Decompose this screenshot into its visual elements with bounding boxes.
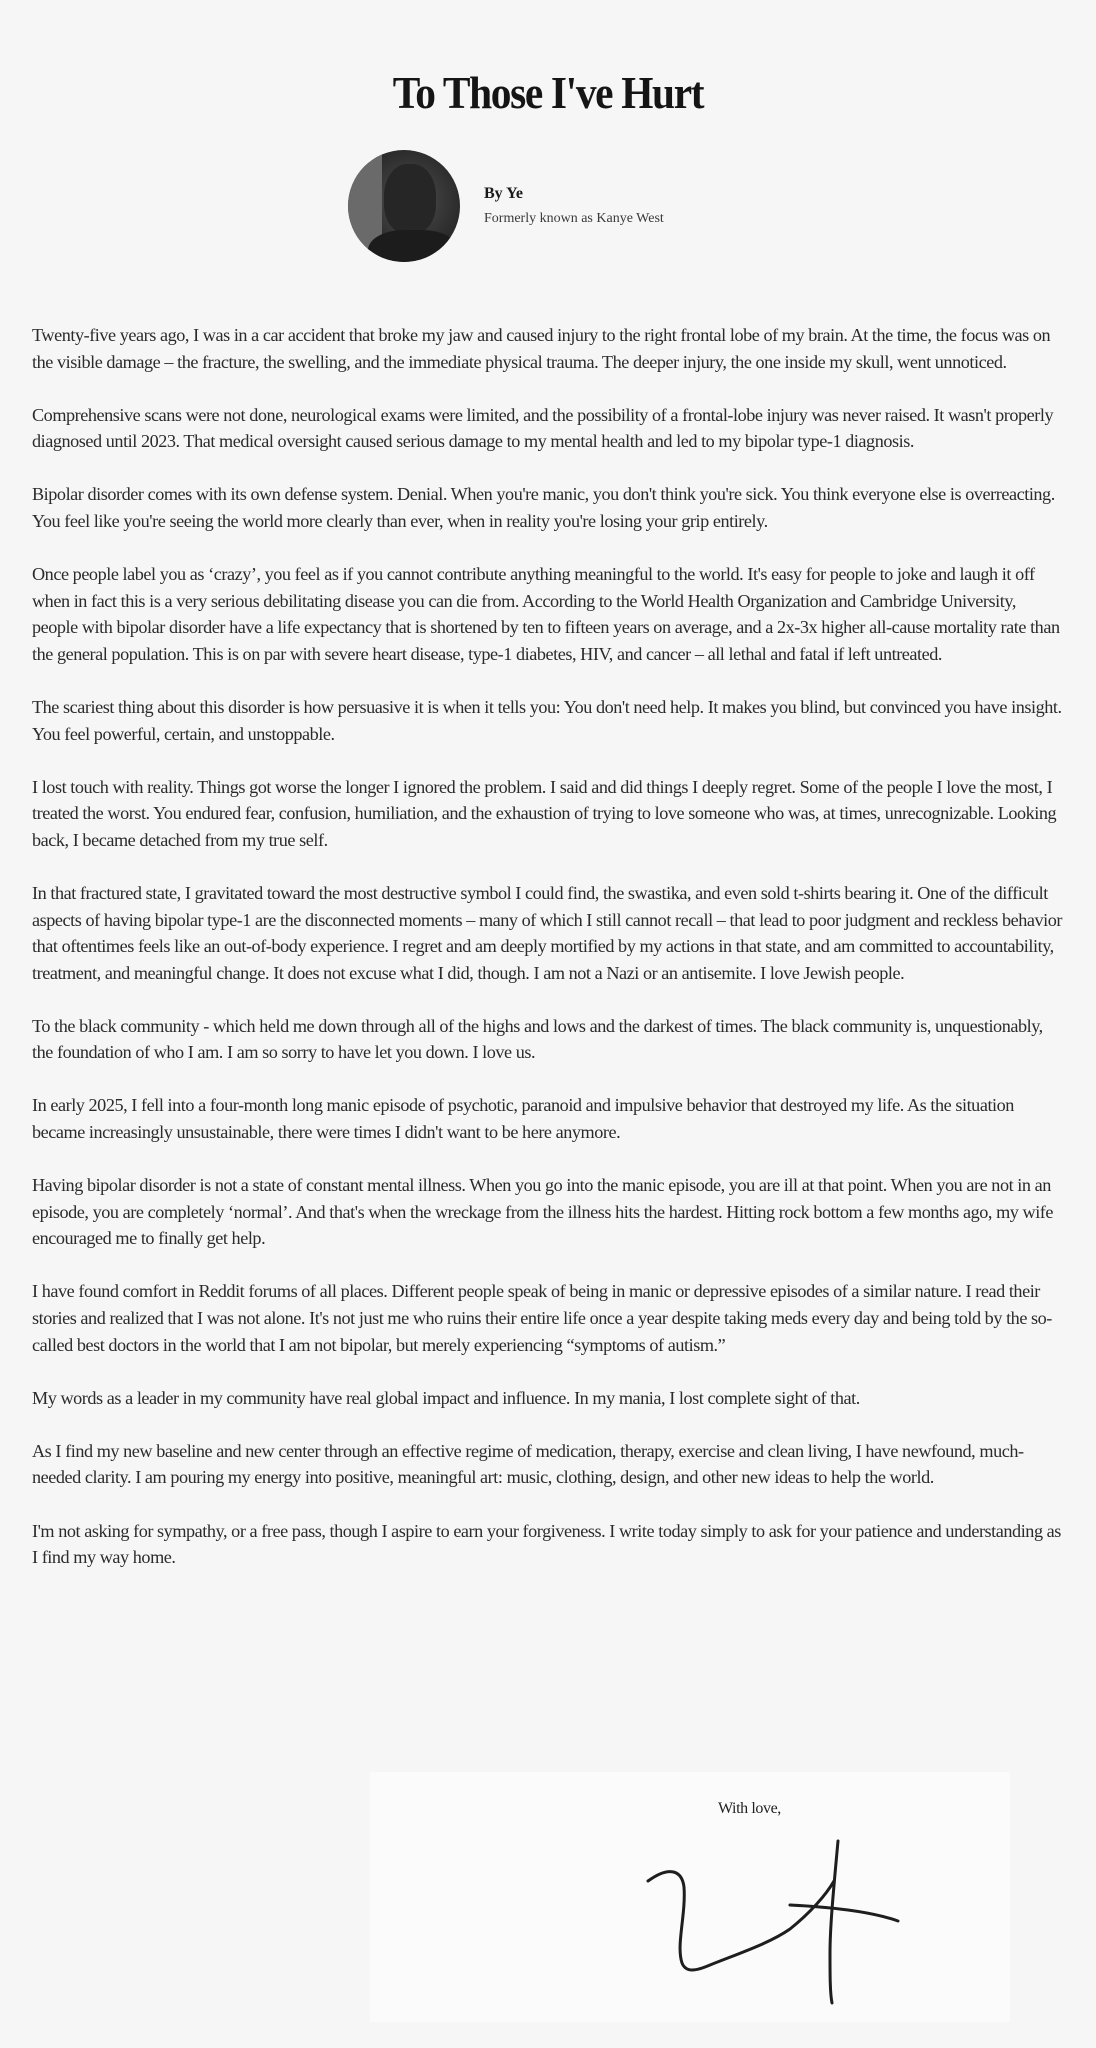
paragraph: I'm not asking for sympathy, or a free p… (32, 1518, 1062, 1571)
paragraph: I lost touch with reality. Things got wo… (32, 774, 1062, 854)
paragraph: In that fractured state, I gravitated to… (32, 880, 1062, 986)
paragraph: As I find my new baseline and new center… (32, 1438, 1062, 1491)
paragraph: Once people label you as ‘crazy’, you fe… (32, 561, 1062, 667)
paragraph: To the black community - which held me d… (32, 1013, 1062, 1066)
signoff: With love, (718, 1800, 781, 1818)
avatar-face (384, 164, 436, 234)
author-name: By Ye (484, 185, 664, 203)
author-subtitle: Formerly known as Kanye West (484, 211, 664, 227)
avatar-shoulders (368, 230, 458, 262)
signature-icon (630, 1835, 930, 2035)
byline: By Ye Formerly known as Kanye West (348, 150, 664, 262)
page-title: To Those I've Hurt (55, 66, 1041, 119)
paragraph: My words as a leader in my community hav… (32, 1385, 1062, 1412)
byline-text: By Ye Formerly known as Kanye West (484, 185, 664, 227)
paragraph: Having bipolar disorder is not a state o… (32, 1172, 1062, 1252)
paragraph: The scariest thing about this disorder i… (32, 694, 1062, 747)
paragraph: Twenty-five years ago, I was in a car ac… (32, 322, 1062, 375)
paragraph: Comprehensive scans were not done, neuro… (32, 402, 1062, 455)
paragraph: Bipolar disorder comes with its own defe… (32, 481, 1062, 534)
letter-body: Twenty-five years ago, I was in a car ac… (32, 322, 1062, 1597)
paragraph: I have found comfort in Reddit forums of… (32, 1278, 1062, 1358)
avatar (348, 150, 460, 262)
paragraph: In early 2025, I fell into a four-month … (32, 1092, 1062, 1145)
